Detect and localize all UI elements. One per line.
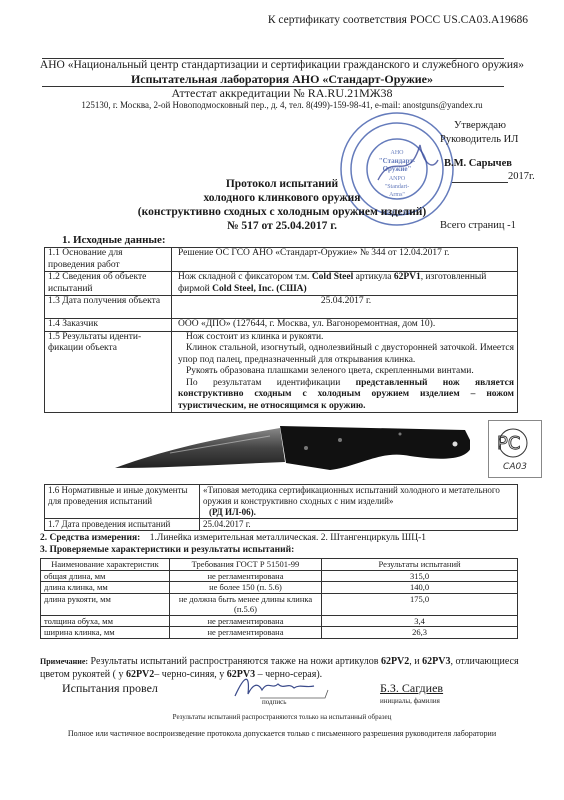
tester-label: Испытания провел xyxy=(62,681,158,696)
table-cell: не регламентирована xyxy=(170,570,322,582)
table-cell: не более 150 (п. 5.6) xyxy=(170,582,322,594)
signature-caption: подпись xyxy=(262,698,286,706)
tester-name-caption: инициалы, фамилия xyxy=(380,697,440,705)
table-cell: ширина клинка, мм xyxy=(41,627,170,639)
table-row: 1.6 Нормативные и иные документы для про… xyxy=(45,485,518,519)
row-label: 1.6 Нормативные и иные документы для про… xyxy=(45,485,200,519)
tester-name: Б.З. Сагдиев xyxy=(380,681,443,696)
page-count: Всего страниц -1 xyxy=(440,220,516,231)
section2-heading: 2. Средства измерения: xyxy=(40,533,140,543)
protocol-subtitle-2: (конструктивно сходных с холодным оружие… xyxy=(0,206,564,218)
table-row: 1.7 Дата проведения испытаний 25.04.2017… xyxy=(45,519,518,531)
row-label: 1.7 Дата проведения испытаний xyxy=(45,519,200,531)
rst-mark-icon: PC xyxy=(489,421,541,461)
table-cell: 140,0 xyxy=(322,582,518,594)
table-row: ширина клинка, ммне регламентирована26,3 xyxy=(41,627,518,639)
table-row: толщина обуха, ммне регламентирована3,4 xyxy=(41,615,518,627)
source-data-table: 1.1 Основание для проведения работ Решен… xyxy=(44,247,518,413)
row-value: Нож складной с фиксатором т.м. Cold Stee… xyxy=(172,272,518,296)
table-cell: не должна быть менее длины клинка (п.5.6… xyxy=(170,593,322,615)
table-row: 1.4 Заказчик ООО «ДПО» (127644, г. Москв… xyxy=(45,319,518,332)
normative-table: 1.6 Нормативные и иные документы для про… xyxy=(44,484,518,531)
column-header: Наименование характеристик xyxy=(41,559,170,571)
table-header-row: Наименование характеристик Требования ГО… xyxy=(41,559,518,571)
table-cell: 315,0 xyxy=(322,570,518,582)
section3-heading: 3. Проверяемые характеристики и результа… xyxy=(40,545,294,555)
column-header: Требования ГОСТ Р 51501-99 xyxy=(170,559,322,571)
footer-note: Результаты испытаний распространяются то… xyxy=(0,713,564,721)
svg-text:АНО: АНО xyxy=(391,150,405,156)
table-row: длина рукояти, ммне должна быть менее дл… xyxy=(41,593,518,615)
protocol-title: Протокол испытаний xyxy=(0,178,564,190)
row-label: 1.4 Заказчик xyxy=(45,319,172,332)
row-value: 25.04.2017 г. xyxy=(200,519,518,531)
table-cell: 175,0 xyxy=(322,593,518,615)
row-label: 1.5 Результаты иденти-фикации объекта xyxy=(45,331,172,413)
row-label: 1.3 Дата получения объекта xyxy=(45,296,172,319)
table-cell: общая длина, мм xyxy=(41,570,170,582)
table-cell: 3,4 xyxy=(322,615,518,627)
footer-copyright: Полное или частичное воспроизведение про… xyxy=(0,729,564,738)
row-label: 1.2 Сведения об объекте испытаний xyxy=(45,272,172,296)
table-cell: не регламентирована xyxy=(170,615,322,627)
results-table: Наименование характеристик Требования ГО… xyxy=(40,558,518,639)
section2: 2. Средства измерения: 1.Линейка измерит… xyxy=(40,533,426,543)
table-cell: толщина обуха, мм xyxy=(41,615,170,627)
table-cell: не регламентирована xyxy=(170,627,322,639)
table-row: общая длина, ммне регламентирована315,0 xyxy=(41,570,518,582)
mark-code: CA03 xyxy=(489,462,541,472)
table-row: длина клинка, ммне более 150 (п. 5.6)140… xyxy=(41,582,518,594)
table-row: 1.1 Основание для проведения работ Решен… xyxy=(45,248,518,272)
row-value: ООО «ДПО» (127644, г. Москва, ул. Вагоно… xyxy=(172,319,518,332)
row-value: Решение ОС ГСО АНО «Стандарт-Оружие» № 3… xyxy=(172,248,518,272)
accreditation: Аттестат аккредитации № RA.RU.21МЖ38 xyxy=(0,86,564,101)
table-row: 1.2 Сведения об объекте испытаний Нож ск… xyxy=(45,272,518,296)
signature-icon xyxy=(230,672,330,700)
laboratory-name: Испытательная лаборатория АНО «Стандарт-… xyxy=(0,72,564,87)
table-row: 1.5 Результаты иденти-фикации объекта Но… xyxy=(45,331,518,413)
address: 125130, г. Москва, 2-ой Новоподмосковный… xyxy=(0,100,564,110)
column-header: Результаты испытаний xyxy=(322,559,518,571)
approver-name: В.М. Сарычев xyxy=(444,158,512,169)
section1-heading: 1. Исходные данные: xyxy=(62,234,166,246)
row-value: 25.04.2017 г. xyxy=(172,296,518,319)
row-value: «Типовая методика сертификационных испыт… xyxy=(200,485,518,519)
table-cell: длина клинка, мм xyxy=(41,582,170,594)
table-cell: длина рукояти, мм xyxy=(41,593,170,615)
approve-label: Утверждаю xyxy=(454,120,506,131)
knife-image xyxy=(110,418,470,476)
section2-value: 1.Линейка измерительная металлическая. 2… xyxy=(150,533,426,543)
table-cell: 26,3 xyxy=(322,627,518,639)
approver-role: Руководитель ИЛ xyxy=(440,134,518,145)
protocol-subtitle: холодного клинкового оружия xyxy=(0,192,564,204)
row-value: Нож состоит из клинка и рукояти. Клинок … xyxy=(172,331,518,413)
organization-name: АНО «Национальный центр стандартизации и… xyxy=(0,59,564,71)
certificate-reference: К сертификату соответствия РОСС US.CA03.… xyxy=(0,14,528,26)
row-label: 1.1 Основание для проведения работ xyxy=(45,248,172,272)
certification-mark: PC CA03 xyxy=(488,420,542,478)
table-row: 1.3 Дата получения объекта 25.04.2017 г. xyxy=(45,296,518,319)
